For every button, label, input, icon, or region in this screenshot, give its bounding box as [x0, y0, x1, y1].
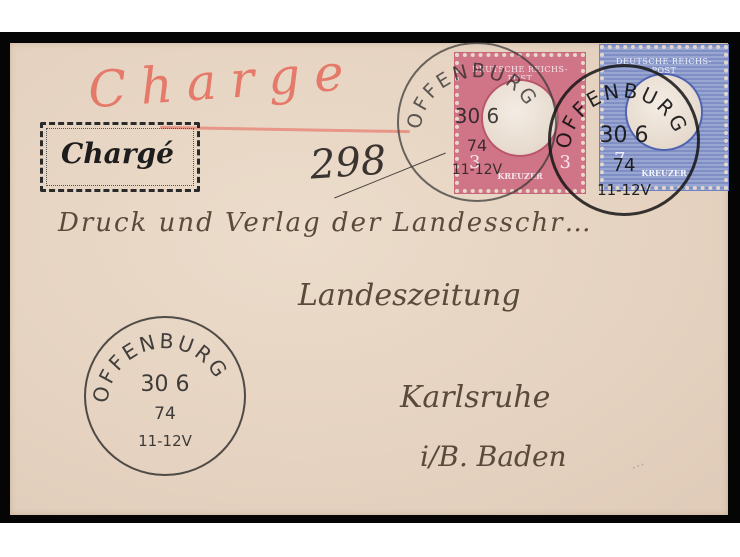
postmark-date: 30 6 [86, 372, 244, 397]
postmark-date: 30 6 [399, 104, 555, 128]
charge-handstamp-text: Chargé [61, 137, 174, 170]
address-line-2: Landeszeitung [298, 278, 521, 313]
postmark-date: 30 6 [551, 123, 697, 148]
postmark-time: 11-12V [86, 432, 244, 450]
postmark-time: 11-12V [399, 162, 555, 178]
postmark-time: 11-12V [551, 181, 697, 199]
postmark-cancel-top: OFFENBURG 30 6 74 11-12V [397, 42, 557, 202]
charge-handstamp-box: Chargé [40, 122, 200, 192]
postmark-year: 74 [551, 155, 697, 176]
postmark-cancel-right: OFFENBURG 30 6 74 11-12V [548, 64, 700, 216]
postmark-year: 74 [399, 136, 555, 155]
address-line-1: Druck und Verlag der Landesschr… [58, 208, 593, 238]
address-line-4: i/B. Baden [420, 440, 567, 473]
address-line-3: Karlsruhe [400, 380, 550, 415]
postmark-cancel-lower-left: OFFENBURG 30 6 74 11-12V [84, 316, 246, 476]
postmark-year: 74 [86, 404, 244, 424]
